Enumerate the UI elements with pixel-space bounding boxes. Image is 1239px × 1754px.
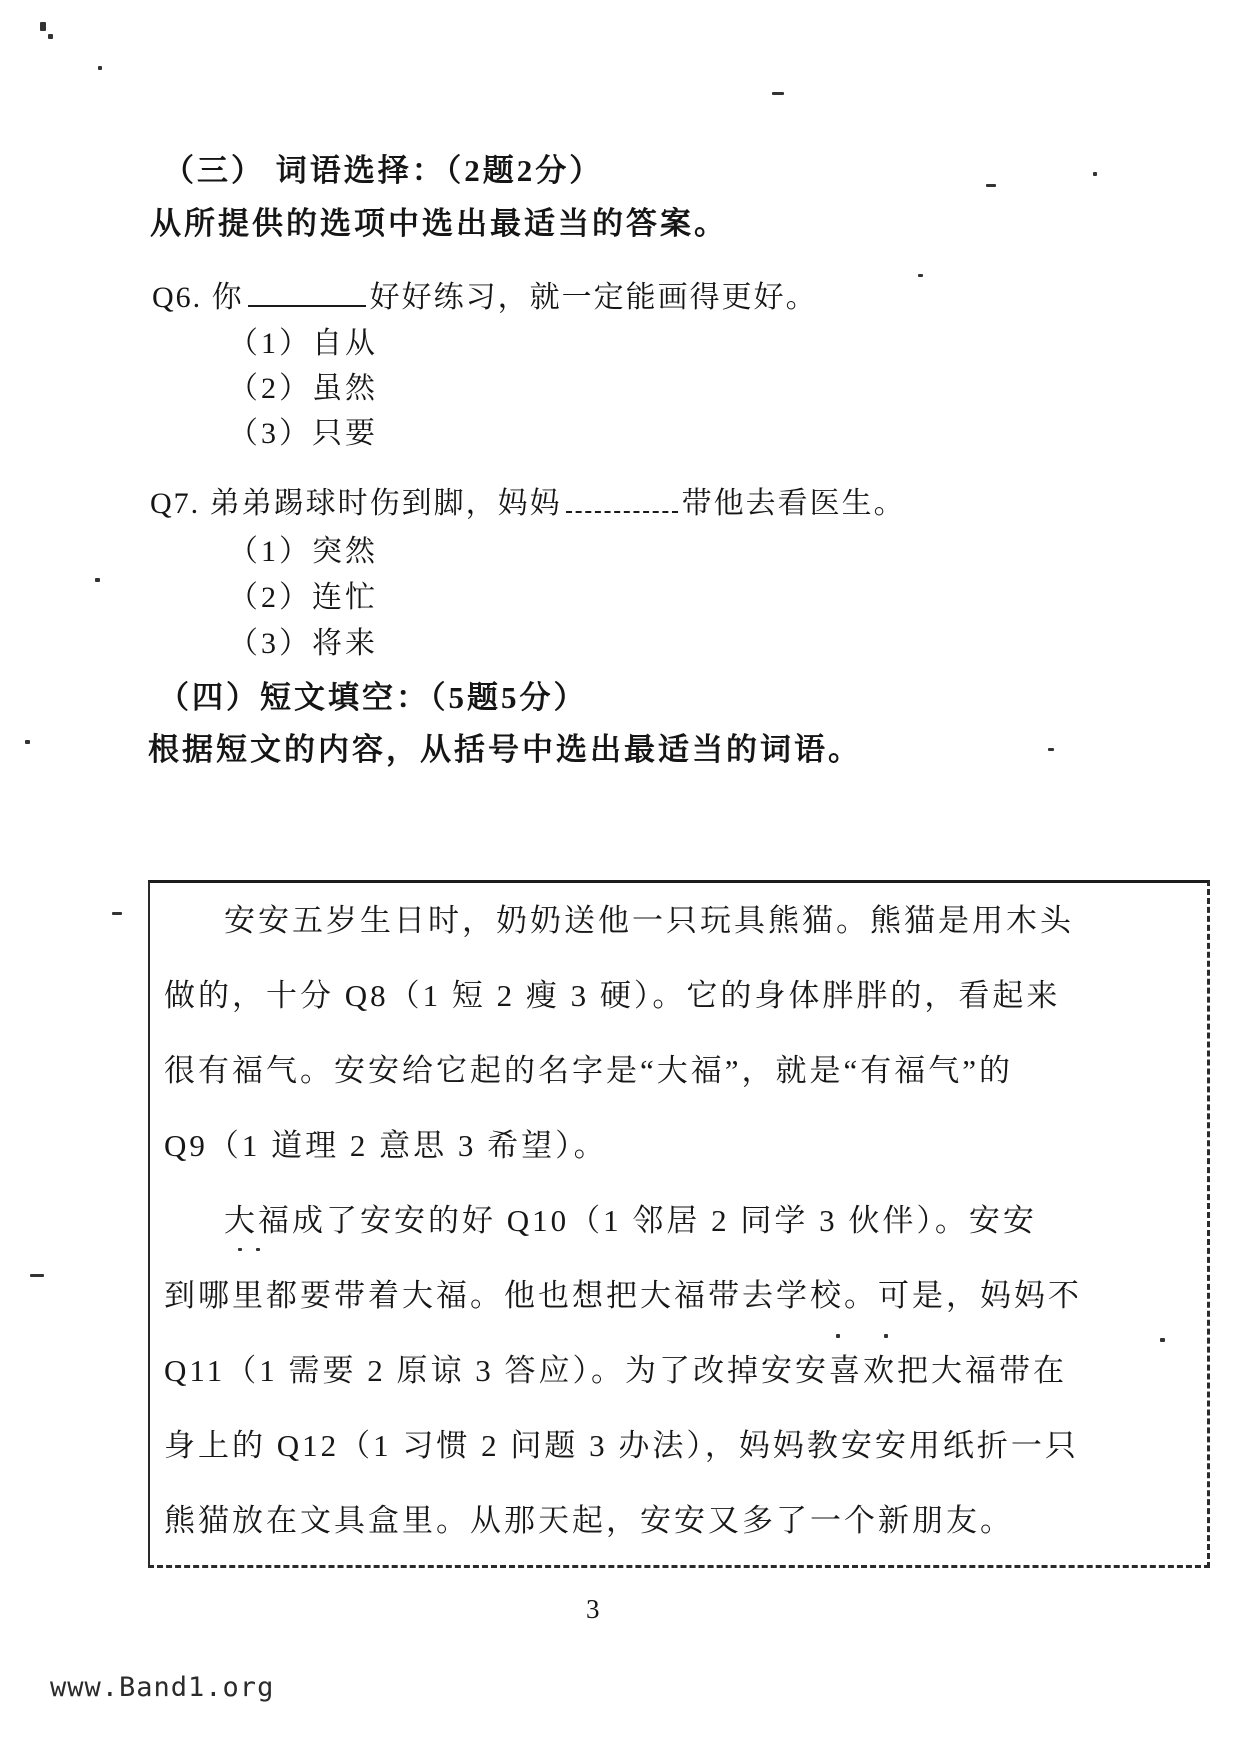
page-number: 3 xyxy=(586,1594,600,1625)
passage-line: 熊猫放在文具盒里。从那天起，安安又多了一个新朋友。 xyxy=(164,1495,1184,1570)
q7-option-1: （1）突然 xyxy=(228,526,378,570)
section3-instruction: 从所提供的选项中选出最适当的答案。 xyxy=(150,198,728,243)
passage-line: Q9（1 道理 2 意思 3 希望）。 xyxy=(164,1120,1184,1195)
q7-option-3: （3）将来 xyxy=(228,618,378,662)
scanned-exam-page: （三） 词语选择：（2题2分） 从所提供的选项中选出最适当的答案。 Q6. 你好… xyxy=(0,0,1239,1754)
q6-blank-line xyxy=(248,275,366,307)
passage-line: 做的，十分 Q8（1 短 2 瘦 3 硬）。它的身体胖胖的，看起来 xyxy=(164,970,1184,1045)
q6-option-2: （2）虽然 xyxy=(228,363,378,407)
section4-title: （四）短文填空：（5题5分） xyxy=(158,672,588,717)
passage-box: 安安五岁生日时，奶奶送他一只玩具熊猫。熊猫是用木头 做的，十分 Q8（1 短 2… xyxy=(148,880,1210,1568)
passage-line: 身上的 Q12（1 习惯 2 问题 3 办法），妈妈教安安用纸折一只 xyxy=(164,1420,1184,1495)
question-q6-id: Q6. xyxy=(152,281,202,314)
q7-option-2: （2）连忙 xyxy=(228,572,378,616)
section4-instruction: 根据短文的内容，从括号中选出最适当的词语。 xyxy=(148,724,862,769)
passage-line: 安安五岁生日时，奶奶送他一只玩具熊猫。熊猫是用木头 xyxy=(164,895,1184,970)
watermark-url: www.Band1.org xyxy=(50,1672,274,1703)
question-q7-post: 带他去看医生。 xyxy=(682,487,906,520)
q6-option-1: （1）自从 xyxy=(228,318,378,362)
question-q6-pre: 你 xyxy=(212,281,244,314)
q7-blank-line xyxy=(566,481,678,513)
question-q6-post: 好好练习，就一定能画得更好。 xyxy=(370,281,818,314)
section3-title: （三） 词语选择：（2题2分） xyxy=(163,145,603,190)
passage-text: 安安五岁生日时，奶奶送他一只玩具熊猫。熊猫是用木头 做的，十分 Q8（1 短 2… xyxy=(164,895,1184,1570)
passage-line: 很有福气。安安给它起的名字是“大福”，就是“有福气”的 xyxy=(164,1045,1184,1120)
question-q7-pre: 弟弟踢球时伤到脚，妈妈 xyxy=(210,487,562,520)
q6-option-3: （3）只要 xyxy=(228,408,378,452)
passage-line: Q11（1 需要 2 原谅 3 答应）。为了改掉安安喜欢把大福带在 xyxy=(164,1345,1184,1420)
question-q6: Q6. 你好好练习，就一定能画得更好。 xyxy=(152,272,818,316)
passage-line: 到哪里都要带着大福。他也想把大福带去学校。可是，妈妈不 xyxy=(164,1270,1184,1345)
question-q7-id: Q7. xyxy=(150,487,200,520)
passage-line: 大福成了安安的好 Q10（1 邻居 2 同学 3 伙伴）。安安 xyxy=(164,1195,1184,1270)
question-q7: Q7. 弟弟踢球时伤到脚，妈妈带他去看医生。 xyxy=(150,478,906,522)
